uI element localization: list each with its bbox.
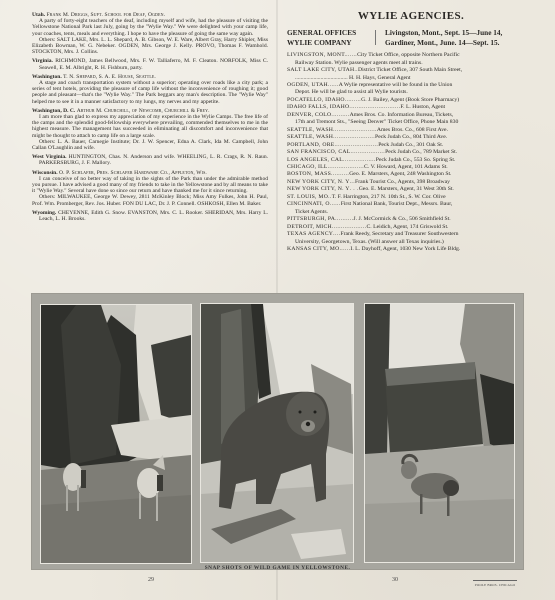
- gardiner-office-dates: Gardiner, Mont., June. 14—Sept. 15.: [385, 38, 502, 48]
- agency-detail: City Ticket Office, opposite Northern Pa…: [357, 52, 460, 58]
- testimonial-author: Arthur M. Churchill, of Newcomb, Churchi…: [77, 108, 210, 114]
- state-name: Wyoming.: [32, 210, 56, 216]
- dot-leader: .........: [345, 97, 361, 103]
- agency-detail: Geo. E. Marsters, Agent, 248 Washington …: [349, 171, 451, 177]
- photo-panel: [31, 293, 524, 570]
- agency-detail: T. F. Harrington, 217 N. 10th St., S. W.…: [332, 194, 446, 200]
- general-offices: GENERAL OFFICES WYLIE COMPANY Livingston…: [287, 28, 535, 47]
- testimonial-entry: Wisconsin. O. P. Schlafer, Pres. Schlafe…: [32, 170, 268, 207]
- agency-city: ST. LOUIS, MO: [287, 194, 328, 200]
- testimonial-entry: Utah. Frank M. Driggs, Supt. School for …: [32, 12, 268, 55]
- general-offices-labels: GENERAL OFFICES WYLIE COMPANY: [287, 28, 375, 47]
- brace-divider: [375, 30, 382, 45]
- testimonial-heading: Wyoming. CHEYENNE, Edith G. Snow. EVANST…: [32, 210, 268, 222]
- agency-row: OGDEN, UTAH......A Wylie representative …: [287, 82, 535, 97]
- agency-city: POCATELLO, IDAHO: [287, 97, 345, 103]
- agency-city: SAN FRANCISCO, CAL: [287, 149, 350, 155]
- agency-detail: Geo. E. Marsters, Agent, 31 West 30th St…: [359, 186, 454, 192]
- agency-city: CINCINNATI, O: [287, 201, 330, 207]
- agency-row: BOSTON, MASS..........Geo. E. Marsters, …: [287, 171, 535, 178]
- agency-city: SALT LAKE CITY, UTAH: [287, 67, 354, 73]
- agency-list: LIVINGSTON, MONT.......City Ticket Offic…: [287, 52, 535, 253]
- agency-detail: Frank Tourist Co., Agents, 398 Broadway: [355, 179, 450, 185]
- agency-detail: First National Bank, Tourist Dept., Mess…: [341, 201, 453, 207]
- agency-detail: Peck Judah Co., 804 Third Ave.: [375, 134, 447, 140]
- testimonial-author: O. P. Schlafer, Pres. Schlafer Hardware …: [59, 170, 207, 176]
- testimonials-column: Utah. Frank M. Driggs, Supt. School for …: [32, 12, 268, 225]
- agency-detail: J. J. McCormick & Co., 506 Smithfield St…: [353, 216, 450, 222]
- page-number-right: 30: [392, 577, 398, 583]
- agency-row: NEW YORK CITY, N. Y...Frank Tourist Co.,…: [287, 179, 535, 186]
- agency-row: PITTSBURGH, PA..........J. J. McCormick …: [287, 216, 535, 223]
- photo-deer: [40, 304, 192, 564]
- agency-detail-continued: Depot. He will be glad to assist all Wyl…: [287, 89, 535, 96]
- dot-leader: ..........: [331, 171, 349, 177]
- agency-row: TEXAS AGENCY....Frank Reedy, Secretary a…: [287, 231, 535, 246]
- dot-leader: ..........: [335, 216, 353, 222]
- agency-detail: A Wylie representative will be found in …: [339, 82, 453, 88]
- testimonial-body: I can conceive of no better way of takin…: [32, 176, 268, 195]
- dot-leader: ......: [330, 201, 341, 207]
- general-offices-label: GENERAL OFFICES: [287, 28, 375, 38]
- testimonial-body: A party of forty-eight teachers of the d…: [32, 18, 268, 37]
- agency-detail: Peck Judah Co., 301 Oak St.: [378, 142, 443, 148]
- printer-mark: POOLE BROS. CHICAGO: [473, 580, 517, 587]
- bear-photo-illustration: [201, 304, 353, 562]
- agency-city: IDAHO FALLS, IDAHO: [287, 104, 349, 110]
- agency-row: SEATTLE, WASH.......................Peck…: [287, 134, 535, 141]
- livingston-office-dates: Livingston, Mont., Sept. 15—June 14,: [385, 28, 502, 38]
- dot-leader: ...................: [332, 224, 367, 230]
- agency-detail: I. L. Dayhoff, Agent, 1030 New York Life…: [350, 246, 460, 252]
- dot-leader: ......: [339, 246, 350, 252]
- agency-city: DETROIT, MICH: [287, 224, 332, 230]
- agency-row: SALT LAKE CITY, UTAH..District Ticket Of…: [287, 67, 535, 82]
- agency-city: OGDEN, UTAH: [287, 82, 328, 88]
- agency-city: LOS ANGELES, CAL: [287, 157, 343, 163]
- visitor-list: CHEYENNE, Edith G. Snow. EVANSTON, Mrs. …: [39, 210, 268, 222]
- testimonial-entry: Washington, D. C. Arthur M. Churchill, o…: [32, 108, 268, 151]
- agency-detail-continued: ..................................... H.…: [287, 75, 535, 82]
- photo-caption: SNAP SHOTS OF WILD GAME IN YELLOWSTONE.: [0, 565, 555, 571]
- agency-row: DETROIT, MICH...................C. Leidi…: [287, 224, 535, 231]
- state-name: Wisconsin.: [32, 170, 58, 176]
- testimonial-entry: Virginia. RICHMOND, James Bellwood, Mrs.…: [32, 58, 268, 70]
- testimonial-entry: Wyoming. CHEYENNE, Edith G. Snow. EVANST…: [32, 210, 268, 222]
- dot-leader: ......: [328, 82, 339, 88]
- agency-city: LIVINGSTON, MONT.: [287, 52, 346, 58]
- agency-row: SEATTLE, WASH........................Ame…: [287, 127, 535, 134]
- testimonial-entry: West Virginia. HUNTINGTON, Chas. N. Ande…: [32, 154, 268, 166]
- agency-city: SEATTLE, WASH: [287, 134, 333, 140]
- state-name: Virginia.: [32, 58, 53, 64]
- testimonial-body: I am more than glad to express my apprec…: [32, 114, 268, 139]
- other-visitors: Others: SALT LAKE, Mrs. L. L. Shepard, A…: [32, 37, 268, 56]
- agency-row: CINCINNATI, O......First National Bank, …: [287, 201, 535, 216]
- agency-city: NEW YORK CITY, N. Y: [287, 186, 350, 192]
- agency-row: LIVINGSTON, MONT.......City Ticket Offic…: [287, 52, 535, 67]
- other-visitors: Others: MILWAUKEE, George W. Dewey, 2811…: [32, 194, 268, 206]
- dot-leader: ......: [346, 52, 357, 58]
- agency-detail: Frank Reedy, Secretary and Treasurer Sou…: [340, 231, 458, 237]
- agency-row: SAN FRANCISCO, CAL...................Pec…: [287, 149, 535, 156]
- agency-detail: Ames Bros. Co., 608 First Ave.: [377, 127, 448, 133]
- dot-leader: ....................: [328, 164, 364, 170]
- agency-detail-continued: Railway Station. Wylie passenger agents …: [287, 60, 535, 67]
- agencies-title: WYLIE AGENCIES.: [287, 10, 535, 22]
- agency-detail: Peck Judah Co., 553 So. Spring St.: [376, 157, 456, 163]
- agency-city: PITTSBURGH, PA: [287, 216, 335, 222]
- agency-row: PORTLAND, ORE........................Pec…: [287, 142, 535, 149]
- dot-leader: ........................: [333, 127, 377, 133]
- visitor-list: HUNTINGTON, Chas. N. Anderson and wife. …: [39, 154, 268, 166]
- photo-bighorn-sheep: [364, 303, 515, 563]
- agency-row: CHICAGO, ILL....................C. V. Ho…: [287, 164, 535, 171]
- agency-detail-continued: 17th and Tremont Sts., "Seeing Denver" T…: [287, 119, 535, 126]
- agency-city: DENVER, COLO: [287, 112, 331, 118]
- agency-detail: Peck Judah Co., 789 Market St.: [385, 149, 457, 155]
- agency-detail: C. V. Howard, Agent, 101 Adams St.: [364, 164, 448, 170]
- state-name: Washington, D. C.: [32, 108, 75, 114]
- dot-leader: ..........: [331, 112, 349, 118]
- agencies-column: WYLIE AGENCIES. GENERAL OFFICES WYLIE CO…: [287, 10, 535, 253]
- dot-leader: ............................: [349, 104, 400, 110]
- agency-city: PORTLAND, ORE: [287, 142, 334, 148]
- state-name: Washington.: [32, 74, 62, 80]
- agency-detail-continued: University, Georgetown, Texas. (Will ans…: [287, 239, 535, 246]
- wylie-company-label: WYLIE COMPANY: [287, 38, 375, 48]
- agency-city: BOSTON, MASS: [287, 171, 331, 177]
- state-name: West Virginia.: [32, 154, 67, 160]
- general-offices-dates: Livingston, Mont., Sept. 15—June 14, Gar…: [385, 28, 502, 47]
- agency-row: DENVER, COLO..........Ames Bros. Co. Inf…: [287, 112, 535, 127]
- dot-leader: . . .: [350, 186, 359, 192]
- sheep-photo-illustration: [365, 304, 514, 562]
- agency-row: LOS ANGELES, CAL..................Peck J…: [287, 157, 535, 164]
- testimonial-author: T. N. Shepard, S. A. E. House, Seattle.: [63, 74, 156, 80]
- agency-row: NEW YORK CITY, N. Y. . .Geo. E. Marsters…: [287, 186, 535, 193]
- agency-city: NEW YORK CITY, N. Y: [287, 179, 350, 185]
- agency-detail: C. Leidich, Agent, 174 Griswold St.: [366, 224, 448, 230]
- dot-leader: ........................: [334, 142, 378, 148]
- other-visitors: Others: L. A. Bauer, Carnegie Institute;…: [32, 139, 268, 151]
- agency-city: CHICAGO, ILL: [287, 164, 328, 170]
- dot-leader: ..................: [343, 157, 376, 163]
- dot-leader: ...................: [350, 149, 385, 155]
- visitor-list: RICHMOND, James Bellwood, Mrs. F. W. Tal…: [39, 58, 268, 70]
- page-number-left: 29: [148, 577, 154, 583]
- deer-photo-illustration: [41, 305, 191, 563]
- agency-city: TEXAS AGENCY: [287, 231, 333, 237]
- testimonial-heading: West Virginia. HUNTINGTON, Chas. N. Ande…: [32, 154, 268, 166]
- agency-detail: F. L. Huston, Agent: [400, 104, 445, 110]
- agency-row: POCATELLO, IDAHO.........G. J. Bailey, A…: [287, 97, 535, 104]
- agency-detail: Ames Bros. Co. Information Bureau, Ticke…: [350, 112, 453, 118]
- agency-row: KANSAS CITY, MO......I. L. Dayhoff, Agen…: [287, 246, 535, 253]
- testimonial-entry: Washington. T. N. Shepard, S. A. E. Hous…: [32, 74, 268, 105]
- testimonial-body: A stage and coach transportation system …: [32, 80, 268, 105]
- dot-leader: .......................: [333, 134, 375, 140]
- brochure-spread: Utah. Frank M. Driggs, Supt. School for …: [0, 0, 555, 600]
- agency-detail: District Ticket Office, 307 South Main S…: [358, 67, 462, 73]
- agency-row: IDAHO FALLS, IDAHO......................…: [287, 104, 535, 111]
- agency-city: SEATTLE, WASH: [287, 127, 333, 133]
- agency-row: ST. LOUIS, MO..T. F. Harrington, 217 N. …: [287, 194, 535, 201]
- agency-city: KANSAS CITY, MO: [287, 246, 339, 252]
- photo-bear: [200, 303, 354, 563]
- testimonial-heading: Virginia. RICHMOND, James Bellwood, Mrs.…: [32, 58, 268, 70]
- agency-detail: G. J. Bailey, Agent (Book Store Pharmacy…: [361, 97, 459, 103]
